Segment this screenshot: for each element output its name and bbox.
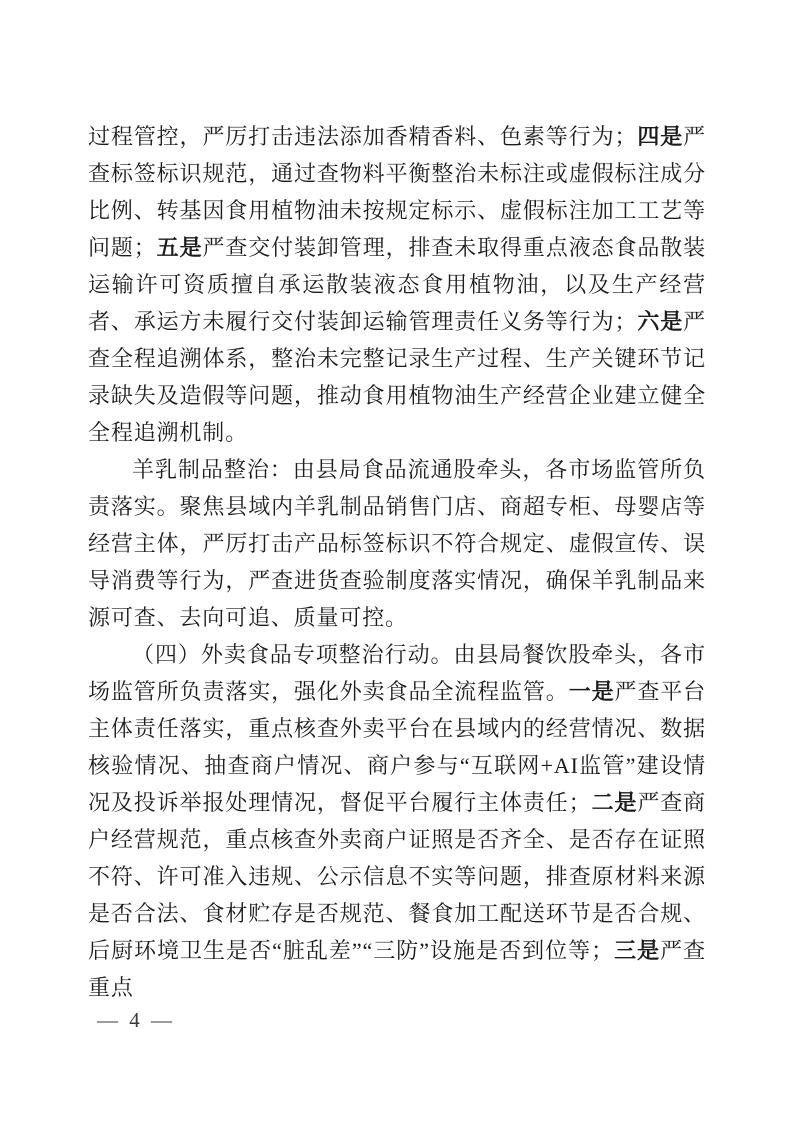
body-text: 过程管控，严厉打击违法添加香精香料、色素等行为；: [88, 124, 637, 149]
paragraph-edible-oil-continuation: 过程管控，严厉打击违法添加香精香料、色素等行为；四是严查标签标识规范，通过查物料…: [88, 118, 706, 451]
emphasis-marker-three: 三是: [614, 938, 660, 963]
emphasis-marker-six: 六是: [637, 309, 683, 334]
document-page: 过程管控，严厉打击违法添加香精香料、色素等行为；四是严查标签标识规范，通过查物料…: [0, 0, 793, 1122]
emphasis-marker-one: 一是: [569, 679, 615, 704]
paragraph-takeout-food: （四）外卖食品专项整治行动。由县局餐饮股牵头，各市场监管所负责落实，强化外卖食品…: [88, 636, 706, 1006]
body-text: 羊乳制品整治：由县局食品流通股牵头，各市场监管所负责落实。聚焦县域内羊乳制品销售…: [88, 457, 706, 630]
document-body: 过程管控，严厉打击违法添加香精香料、色素等行为；四是严查标签标识规范，通过查物料…: [88, 118, 706, 1006]
page-number: — 4 —: [97, 1008, 175, 1033]
emphasis-marker-two: 二是: [592, 790, 638, 815]
paragraph-goat-milk: 羊乳制品整治：由县局食品流通股牵头，各市场监管所负责落实。聚焦县域内羊乳制品销售…: [88, 451, 706, 636]
emphasis-marker-four: 四是: [637, 124, 683, 149]
emphasis-marker-five: 五是: [157, 235, 203, 260]
